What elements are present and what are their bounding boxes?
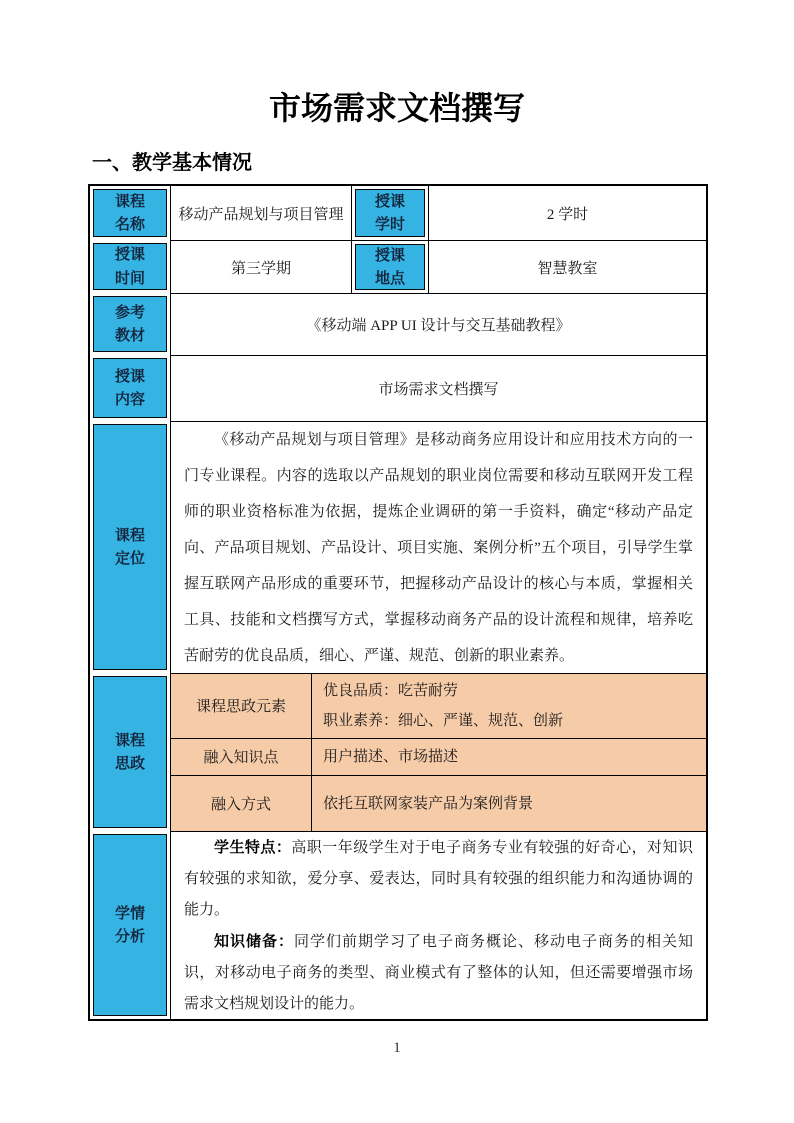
header-label: 授课时间 <box>114 243 146 290</box>
table-row-course-name: 课程名称 移动产品规划与项目管理 授课学时 2 学时 <box>90 186 706 240</box>
teaching-time-value: 第三学期 <box>171 241 351 293</box>
knowledge-points-row: 融入知识点 用户描述、市场描述 <box>171 738 706 776</box>
ideology-quality-line: 优良品质：吃苦耐劳 <box>323 676 706 706</box>
header-cell-teaching-location: 授课地点 <box>351 241 429 293</box>
header-label: 授课内容 <box>114 365 146 412</box>
header-cell-learner-analysis: 学情分析 <box>90 831 170 1019</box>
knowledge-points-label: 融入知识点 <box>171 739 311 776</box>
table-row-teaching-time: 授课时间 第三学期 授课地点 智慧教室 <box>90 240 706 293</box>
teaching-info-table: 课程名称 移动产品规划与项目管理 授课学时 2 学时 授课时间 第三学期 授课地… <box>88 184 708 1021</box>
table-row-course-ideology: 课程思政 课程思政元素 优良品质：吃苦耐劳 职业素养：细心、严谨、规范、创新 融… <box>90 673 706 831</box>
reference-textbook-value: 《移动端 APP UI 设计与交互基础教程》 <box>171 294 706 355</box>
header-cell-course-positioning: 课程定位 <box>90 421 170 673</box>
ideology-elements-row: 课程思政元素 优良品质：吃苦耐劳 职业素养：细心、严谨、规范、创新 <box>171 674 706 738</box>
knowledge-points-value: 用户描述、市场描述 <box>323 742 706 772</box>
student-traits-label: 学生特点： <box>214 839 291 856</box>
integration-method-row: 融入方式 依托互联网家装产品为案例背景 <box>171 775 706 831</box>
student-traits-paragraph: 学生特点：高职一年级学生对于电子商务专业有较强的好奇心，对知识有较强的求知欲，爱… <box>184 832 693 926</box>
table-row-reference-textbook: 参考教材 《移动端 APP UI 设计与交互基础教程》 <box>90 293 706 355</box>
header-label: 学情分析 <box>114 902 146 949</box>
teaching-location-value: 智慧教室 <box>429 241 706 293</box>
knowledge-reserve-paragraph: 知识储备：同学们前期学习了电子商务概论、移动电子商务的相关知识，对移动电子商务的… <box>184 926 693 1020</box>
table-row-teaching-content: 授课内容 市场需求文档撰写 <box>90 355 706 421</box>
ideology-literacy-line: 职业素养：细心、严谨、规范、创新 <box>323 706 706 736</box>
learner-analysis-text: 学生特点：高职一年级学生对于电子商务专业有较强的好奇心，对知识有较强的求知欲，爱… <box>171 832 706 1019</box>
header-cell-teaching-content: 授课内容 <box>90 355 170 421</box>
header-label: 参考教材 <box>114 301 146 348</box>
class-hours-value: 2 学时 <box>429 186 706 240</box>
header-label: 授课地点 <box>374 244 406 291</box>
table-row-course-positioning: 课程定位 《移动产品规划与项目管理》是移动商务应用设计和应用技术方向的一门专业课… <box>90 421 706 673</box>
header-label: 课程定位 <box>114 524 146 571</box>
page-title: 市场需求文档撰写 <box>0 88 794 128</box>
course-positioning-text: 《移动产品规划与项目管理》是移动商务应用设计和应用技术方向的一门专业课程。内容的… <box>171 422 706 673</box>
header-cell-teaching-time: 授课时间 <box>90 240 170 293</box>
page-number: 1 <box>0 1040 794 1057</box>
table-row-learner-analysis: 学情分析 学生特点：高职一年级学生对于电子商务专业有较强的好奇心，对知识有较强的… <box>90 831 706 1019</box>
course-name-value: 移动产品规划与项目管理 <box>171 186 351 240</box>
header-label: 授课学时 <box>374 190 406 237</box>
header-cell-reference-textbook: 参考教材 <box>90 293 170 355</box>
teaching-content-value: 市场需求文档撰写 <box>171 356 706 421</box>
header-cell-class-hours: 授课学时 <box>351 186 429 240</box>
header-cell-course-ideology: 课程思政 <box>90 673 170 831</box>
header-label: 课程名称 <box>114 190 146 237</box>
section-heading: 一、教学基本情况 <box>92 146 794 175</box>
ideology-elements-label: 课程思政元素 <box>171 674 311 738</box>
header-cell-course-name: 课程名称 <box>90 186 170 240</box>
knowledge-reserve-label: 知识储备： <box>214 933 294 950</box>
ideology-sub-table: 课程思政元素 优良品质：吃苦耐劳 职业素养：细心、严谨、规范、创新 融入知识点 … <box>171 674 706 831</box>
header-label: 课程思政 <box>114 729 146 776</box>
integration-method-label: 融入方式 <box>171 776 311 831</box>
integration-method-value: 依托互联网家装产品为案例背景 <box>323 789 706 819</box>
